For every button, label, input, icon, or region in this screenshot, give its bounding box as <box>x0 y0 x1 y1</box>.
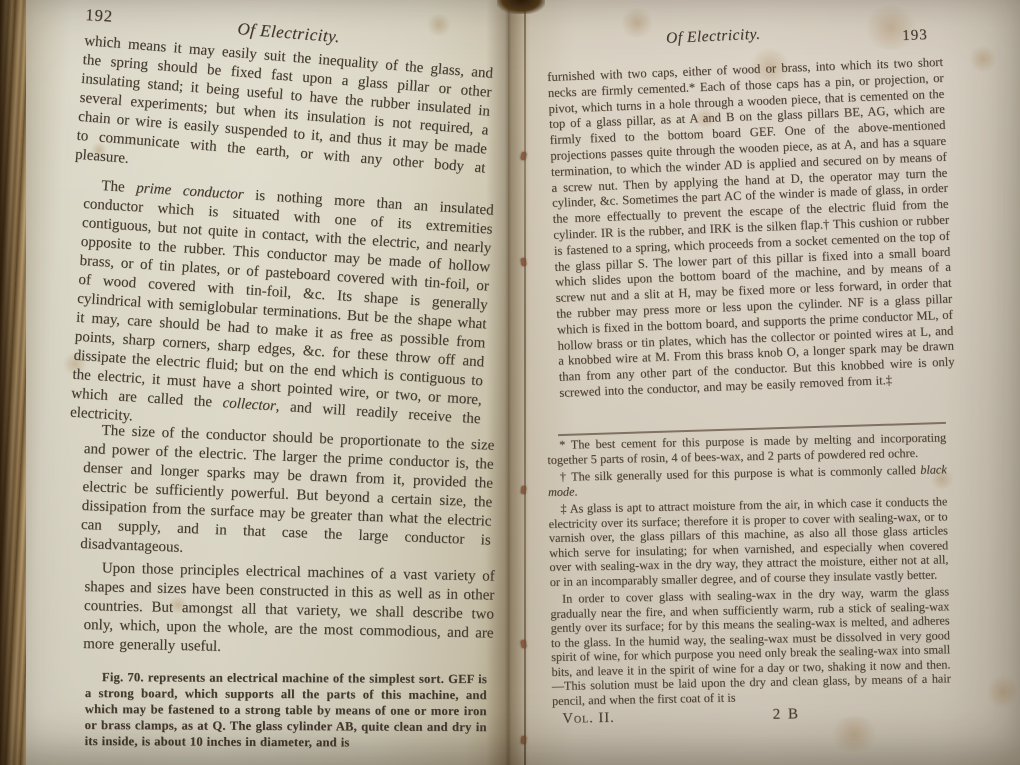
footnote: ‡ As glass is apt to attract moisture fr… <box>548 494 949 589</box>
gutter-crease <box>524 0 526 765</box>
paragraph: The prime conductor is nothing more than… <box>69 176 494 448</box>
book-photo: 192 Of Electricity. which means it may e… <box>0 0 1020 765</box>
page-number-right: 193 <box>902 27 928 45</box>
signature-mark: 2 B <box>773 706 801 724</box>
footnotes: * The best cement for this purpose is ma… <box>547 430 951 728</box>
footnote: In order to cover glass with sealing-wax… <box>550 584 951 708</box>
page-number-left: 192 <box>85 5 114 27</box>
paragraph: The size of the conductor should be prop… <box>80 421 495 570</box>
binding-stitch <box>521 736 527 744</box>
body-paragraph: furnished with two caps, either of wood … <box>547 55 955 402</box>
paragraph: Upon those principles electrical machine… <box>83 559 495 663</box>
gutter-top-notch <box>497 0 545 14</box>
footnote: † The silk generally used for this purpo… <box>548 462 947 499</box>
volume-label: Vol. II. <box>562 710 615 728</box>
figure-caption-paragraph: Fig. 70. represents an electrical machin… <box>85 669 487 751</box>
